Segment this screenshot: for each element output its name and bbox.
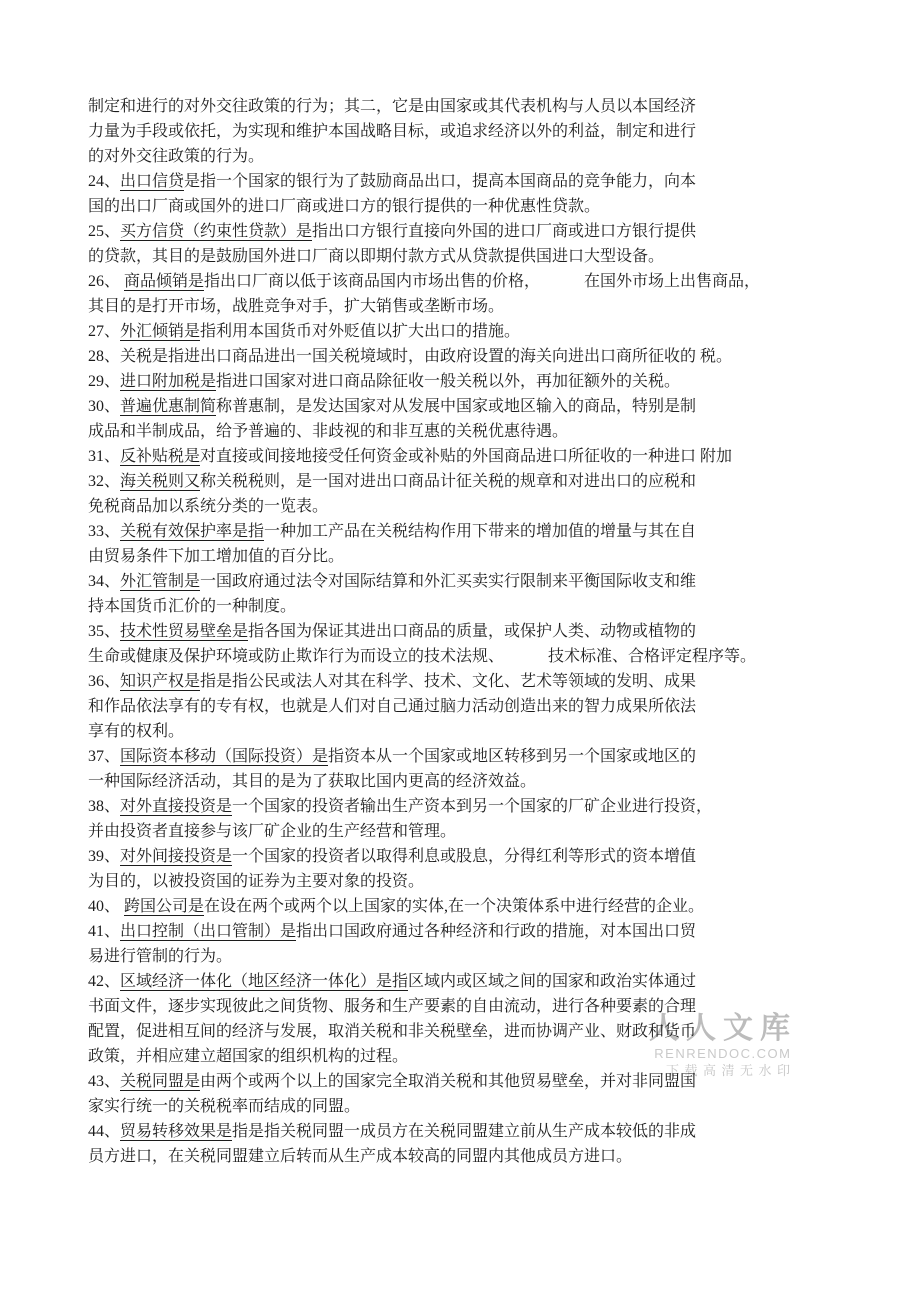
underlined-term: 进口附加税是 bbox=[120, 373, 216, 391]
text-line: 31、反补贴税是对直接或间接地接受任何资金或补贴的外国商品进口所征收的一种进口 … bbox=[88, 444, 878, 469]
text-segment: 制定和进行的对外交往政策的行为；其二，它是由国家或其代表机构与人员以本国经济 bbox=[88, 98, 696, 115]
text-segment: 28、关税是指进出口商品进出一国关税境域时，由政府设置的海关向进出口商所征收的 … bbox=[88, 348, 732, 365]
text-line: 28、关税是指进出口商品进出一国关税境域时，由政府设置的海关向进出口商所征收的 … bbox=[88, 344, 878, 369]
text-segment: 29、 bbox=[88, 373, 120, 390]
text-segment: 一个国家的投资者输出生产资本到另一个国家的厂矿企业进行投资， bbox=[232, 798, 712, 815]
text-line: 44、贸易转移效果是指是指关税同盟一成员方在关税同盟建立前从生产成本较低的非成 bbox=[88, 1119, 878, 1144]
text-segment: 政策，并相应建立超国家的组织机构的过程。 bbox=[88, 1048, 408, 1065]
text-segment: 44、 bbox=[88, 1123, 120, 1140]
text-segment: 30、 bbox=[88, 398, 120, 415]
text-segment: 25、 bbox=[88, 223, 120, 240]
text-segment: 39、 bbox=[88, 848, 120, 865]
text-segment: 36、 bbox=[88, 673, 120, 690]
text-line: 25、买方信贷（约束性贷款）是指出口方银行直接向外国的进口厂商或进口方银行提供 bbox=[88, 219, 878, 244]
text-segment: 31、 bbox=[88, 448, 120, 465]
text-segment: 和作品依法享有的专有权，也就是人们对自己通过脑力活动创造出来的智力成果所依法 bbox=[88, 698, 696, 715]
text-segment: 员方进口，在关税同盟建立后转而从生产成本较高的同盟内其他成员方进口。 bbox=[88, 1148, 632, 1165]
text-line: 持本国货币汇价的一种制度。 bbox=[88, 594, 878, 619]
underlined-term: 区域经济一体化（地区经济一体化）是指 bbox=[120, 973, 408, 991]
text-segment: 一种国际经济活动，其目的是为了获取比国内更高的经济效益。 bbox=[88, 773, 536, 790]
text-line: 政策，并相应建立超国家的组织机构的过程。 bbox=[88, 1044, 878, 1069]
text-line: 38、对外直接投资是一个国家的投资者输出生产资本到另一个国家的厂矿企业进行投资， bbox=[88, 794, 878, 819]
text-segment: 26、 bbox=[88, 273, 124, 290]
text-segment: 国的出口厂商或国外的进口厂商或进口方的银行提供的一种优惠性贷款。 bbox=[88, 198, 600, 215]
text-segment: 指进口国家对进口商品除征收一般关税以外，再加征额外的关税。 bbox=[216, 373, 680, 390]
text-segment: 并由投资者直接参与该厂矿企业的生产经营和管理。 bbox=[88, 823, 456, 840]
text-segment: 38、 bbox=[88, 798, 120, 815]
text-line: 其目的是打开市场，战胜竞争对手，扩大销售或垄断市场。 bbox=[88, 294, 878, 319]
underlined-term: 出口控制（出口管制）是 bbox=[120, 923, 296, 941]
text-segment: 一种加工产品在关税结构作用下带来的增加值的增量与其在自 bbox=[264, 523, 696, 540]
underlined-term: 外汇倾销是 bbox=[120, 323, 200, 341]
text-segment: 易进行管制的行为。 bbox=[88, 948, 232, 965]
text-segment: 为目的，以被投资国的证券为主要对象的投资。 bbox=[88, 873, 424, 890]
underlined-term: 买方信贷（约束性贷款）是 bbox=[120, 223, 312, 241]
text-line: 36、知识产权是指是指公民或法人对其在科学、技术、文化、艺术等领域的发明、成果 bbox=[88, 669, 878, 694]
text-line: 国的出口厂商或国外的进口厂商或进口方的银行提供的一种优惠性贷款。 bbox=[88, 194, 878, 219]
underlined-term: 技术性贸易壁垒是 bbox=[120, 623, 248, 641]
text-line: 员方进口，在关税同盟建立后转而从生产成本较高的同盟内其他成员方进口。 bbox=[88, 1144, 878, 1169]
text-line: 24、出口信贷是指一个国家的银行为了鼓励商品出口，提高本国商品的竞争能力，向本 bbox=[88, 169, 878, 194]
text-line: 并由投资者直接参与该厂矿企业的生产经营和管理。 bbox=[88, 819, 878, 844]
text-segment: 40、 bbox=[88, 898, 124, 915]
text-line: 的贷款，其目的是鼓励国外进口厂商以即期付款方式从贷款提供国进口大型设备。 bbox=[88, 244, 878, 269]
text-segment: 由贸易条件下加工增加值的百分比。 bbox=[88, 548, 344, 565]
underlined-term: 跨国公司是 bbox=[124, 898, 204, 916]
text-segment: 指出口方银行直接向外国的进口厂商或进口方银行提供 bbox=[312, 223, 696, 240]
text-segment: 区域内或区域之间的国家和政治实体通过 bbox=[408, 973, 696, 990]
text-segment: 由两个或两个以上的国家完全取消关税和其他贸易壁垒，并对非同盟国 bbox=[200, 1073, 696, 1090]
document-page: 人人文库 RENRENDOC.COM 下载高清无水印 制定和进行的对外交往政策的… bbox=[0, 0, 920, 1303]
text-segment: 称关税税则，是一国对进出口商品计征关税的规章和对进出口的应税和 bbox=[200, 473, 696, 490]
text-line: 成品和半制成品，给予普遍的、非歧视的和非互惠的关税优惠待遇。 bbox=[88, 419, 878, 444]
text-line: 一种国际经济活动，其目的是为了获取比国内更高的经济效益。 bbox=[88, 769, 878, 794]
text-segment: 持本国货币汇价的一种制度。 bbox=[88, 598, 296, 615]
text-line: 37、国际资本移动（国际投资）是指资本从一个国家或地区转移到另一个国家或地区的 bbox=[88, 744, 878, 769]
text-segment: 一个国家的投资者以取得利息或股息，分得红利等形式的资本增值 bbox=[232, 848, 696, 865]
text-line: 33、关税有效保护率是指一种加工产品在关税结构作用下带来的增加值的增量与其在自 bbox=[88, 519, 878, 544]
text-segment: 32、 bbox=[88, 473, 120, 490]
text-segment: 34、 bbox=[88, 573, 120, 590]
text-segment: 对直接或间接地接受任何资金或补贴的外国商品进口所征收的一种进口 附加 bbox=[200, 448, 732, 465]
text-line: 41、出口控制（出口管制）是指出口国政府通过各种经济和行政的措施，对本国出口贸 bbox=[88, 919, 878, 944]
underlined-term: 普遍优惠制简 bbox=[120, 398, 216, 416]
text-line: 力量为手段或依托，为实现和维护本国战略目标，或追求经济以外的利益，制定和进行 bbox=[88, 119, 878, 144]
underlined-term: 贸易转移效果是 bbox=[120, 1123, 232, 1141]
text-line: 32、海关税则又称关税税则，是一国对进出口商品计征关税的规章和对进出口的应税和 bbox=[88, 469, 878, 494]
text-line: 29、进口附加税是指进口国家对进口商品除征收一般关税以外，再加征额外的关税。 bbox=[88, 369, 878, 394]
text-segment: 在设在两个或两个以上国家的实体,在一个决策体系中进行经营的企业。 bbox=[204, 898, 704, 915]
text-segment: 的对外交往政策的行为。 bbox=[88, 148, 264, 165]
underlined-term: 国际资本移动（国际投资）是 bbox=[120, 748, 328, 766]
text-segment: 成品和半制成品，给予普遍的、非歧视的和非互惠的关税优惠待遇。 bbox=[88, 423, 568, 440]
text-segment: 享有的权利。 bbox=[88, 723, 184, 740]
text-segment: 33、 bbox=[88, 523, 120, 540]
text-segment: 配置，促进相互间的经济与发展，取消关税和非关税壁垒，进而协调产业、财政和货币 bbox=[88, 1023, 696, 1040]
text-line: 书面文件，逐步实现彼此之间货物、服务和生产要素的自由流动，进行各种要素的合理 bbox=[88, 994, 878, 1019]
text-line: 35、技术性贸易壁垒是指各国为保证其进出口商品的质量，或保护人类、动物或植物的 bbox=[88, 619, 878, 644]
text-line: 由贸易条件下加工增加值的百分比。 bbox=[88, 544, 878, 569]
text-line: 43、关税同盟是由两个或两个以上的国家完全取消关税和其他贸易壁垒，并对非同盟国 bbox=[88, 1069, 878, 1094]
text-segment: 家实行统一的关税税率而结成的同盟。 bbox=[88, 1098, 360, 1115]
text-segment: 27、 bbox=[88, 323, 120, 340]
text-line: 制定和进行的对外交往政策的行为；其二，它是由国家或其代表机构与人员以本国经济 bbox=[88, 94, 878, 119]
text-segment: 指各国为保证其进出口商品的质量，或保护人类、动物或植物的 bbox=[248, 623, 696, 640]
text-line: 配置，促进相互间的经济与发展，取消关税和非关税壁垒，进而协调产业、财政和货币 bbox=[88, 1019, 878, 1044]
text-line: 的对外交往政策的行为。 bbox=[88, 144, 878, 169]
text-segment: 一国政府通过法令对国际结算和外汇买卖实行限制来平衡国际收支和维 bbox=[200, 573, 696, 590]
text-line: 家实行统一的关税税率而结成的同盟。 bbox=[88, 1094, 878, 1119]
text-segment: 24、 bbox=[88, 173, 120, 190]
text-segment: 是指一个国家的银行为了鼓励商品出口，提高本国商品的竞争能力，向本 bbox=[184, 173, 696, 190]
text-line: 和作品依法享有的专有权，也就是人们对自己通过脑力活动创造出来的智力成果所依法 bbox=[88, 694, 878, 719]
underlined-term: 对外间接投资是 bbox=[120, 848, 232, 866]
underlined-term: 对外直接投资是 bbox=[120, 798, 232, 816]
text-segment: 书面文件，逐步实现彼此之间货物、服务和生产要素的自由流动，进行各种要素的合理 bbox=[88, 998, 696, 1015]
text-segment: 力量为手段或依托，为实现和维护本国战略目标，或追求经济以外的利益，制定和进行 bbox=[88, 123, 696, 140]
text-segment: 41、 bbox=[88, 923, 120, 940]
text-segment: 指资本从一个国家或地区转移到另一个国家或地区的 bbox=[328, 748, 696, 765]
text-segment: 生命或健康及保护环境或防止欺诈行为而设立的技术法规、 技术标准、合格评定程序等。 bbox=[88, 648, 756, 665]
text-segment: 指出口国政府通过各种经济和行政的措施，对本国出口贸 bbox=[296, 923, 696, 940]
text-segment: 指是指公民或法人对其在科学、技术、文化、艺术等领域的发明、成果 bbox=[200, 673, 696, 690]
underlined-term: 外汇管制是 bbox=[120, 573, 200, 591]
underlined-term: 关税有效保护率是指 bbox=[120, 523, 264, 541]
underlined-term: 海关税则又 bbox=[120, 473, 200, 491]
text-line: 享有的权利。 bbox=[88, 719, 878, 744]
text-line: 34、外汇管制是一国政府通过法令对国际结算和外汇买卖实行限制来平衡国际收支和维 bbox=[88, 569, 878, 594]
text-line: 27、外汇倾销是指利用本国货币对外贬值以扩大出口的措施。 bbox=[88, 319, 878, 344]
text-segment: 指出口厂商以低于该商品国内市场出售的价格， 在国外市场上出售商品， bbox=[204, 273, 760, 290]
text-line: 26、 商品倾销是指出口厂商以低于该商品国内市场出售的价格， 在国外市场上出售商… bbox=[88, 269, 878, 294]
text-line: 39、对外间接投资是一个国家的投资者以取得利息或股息，分得红利等形式的资本增值 bbox=[88, 844, 878, 869]
text-segment: 称普惠制，是发达国家对从发展中国家或地区输入的商品，特别是制 bbox=[216, 398, 696, 415]
underlined-term: 知识产权是 bbox=[120, 673, 200, 691]
text-segment: 的贷款，其目的是鼓励国外进口厂商以即期付款方式从贷款提供国进口大型设备。 bbox=[88, 248, 664, 265]
text-segment: 免税商品加以系统分类的一览表。 bbox=[88, 498, 328, 515]
underlined-term: 出口信贷 bbox=[120, 173, 184, 191]
underlined-term: 反补贴税是 bbox=[120, 448, 200, 466]
text-segment: 37、 bbox=[88, 748, 120, 765]
text-segment: 43、 bbox=[88, 1073, 120, 1090]
underlined-term: 商品倾销是 bbox=[124, 273, 204, 291]
text-line: 易进行管制的行为。 bbox=[88, 944, 878, 969]
text-line: 30、普遍优惠制简称普惠制，是发达国家对从发展中国家或地区输入的商品，特别是制 bbox=[88, 394, 878, 419]
text-line: 42、区域经济一体化（地区经济一体化）是指区域内或区域之间的国家和政治实体通过 bbox=[88, 969, 878, 994]
text-segment: 42、 bbox=[88, 973, 120, 990]
text-line: 生命或健康及保护环境或防止欺诈行为而设立的技术法规、 技术标准、合格评定程序等。 bbox=[88, 644, 878, 669]
definitions-text-block: 制定和进行的对外交往政策的行为；其二，它是由国家或其代表机构与人员以本国经济力量… bbox=[88, 94, 878, 1169]
text-line: 免税商品加以系统分类的一览表。 bbox=[88, 494, 878, 519]
underlined-term: 关税同盟是 bbox=[120, 1073, 200, 1091]
text-line: 为目的，以被投资国的证券为主要对象的投资。 bbox=[88, 869, 878, 894]
text-segment: 其目的是打开市场，战胜竞争对手，扩大销售或垄断市场。 bbox=[88, 298, 504, 315]
text-segment: 指利用本国货币对外贬值以扩大出口的措施。 bbox=[200, 323, 520, 340]
text-segment: 35、 bbox=[88, 623, 120, 640]
text-segment: 指是指关税同盟一成员方在关税同盟建立前从生产成本较低的非成 bbox=[232, 1123, 696, 1140]
text-line: 40、 跨国公司是在设在两个或两个以上国家的实体,在一个决策体系中进行经营的企业… bbox=[88, 894, 878, 919]
